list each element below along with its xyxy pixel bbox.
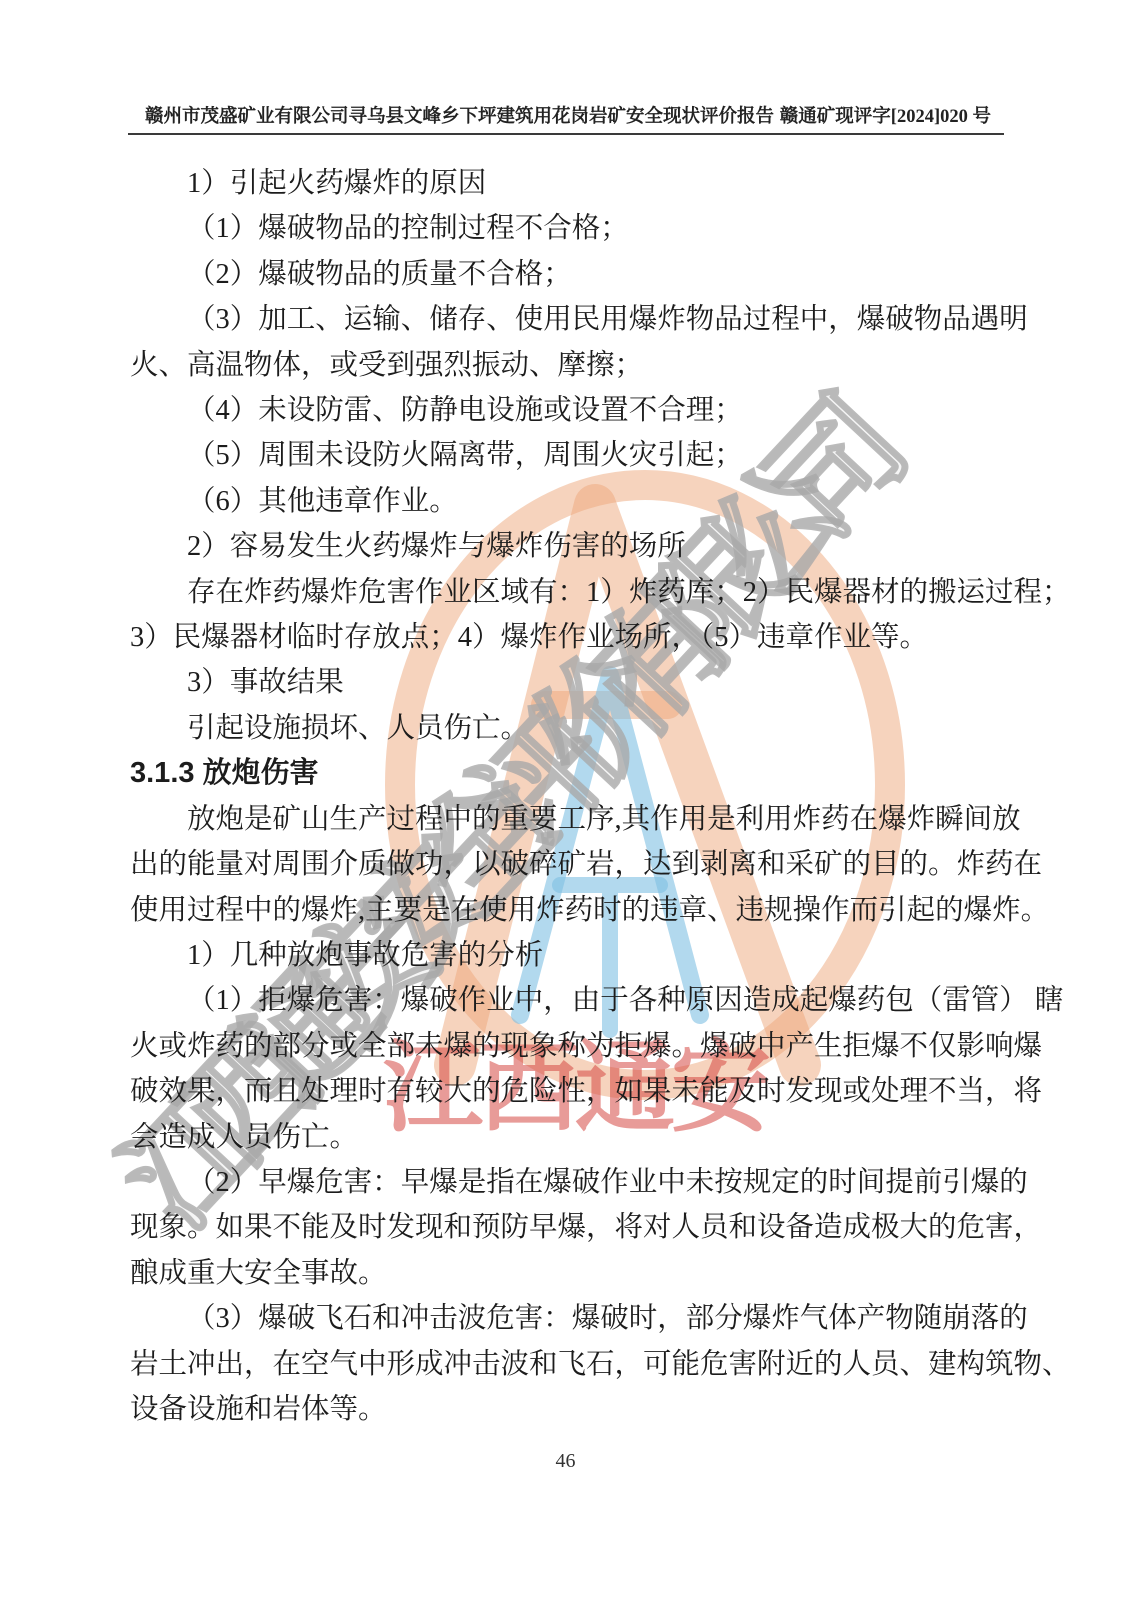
header-doc-number: 赣通矿现评字[2024]020 号	[780, 102, 1004, 128]
page-footer: 46	[0, 1450, 1131, 1473]
body-line: （3）爆破飞石和冲击波危害：爆破时，部分爆炸气体产物随崩落的	[130, 1296, 1006, 1341]
body-line: 放炮是矿山生产过程中的重要工序,其作用是利用炸药在爆炸瞬间放	[130, 797, 1006, 842]
body-line: （2）早爆危害：早爆是指在爆破作业中未按规定的时间提前引爆的	[130, 1160, 1006, 1205]
body-line: 2）容易发生火药爆炸与爆炸伤害的场所	[130, 524, 1006, 569]
body-line: （5）周围未设防火隔离带，周围火灾引起；	[130, 433, 1006, 478]
page-number: 46	[556, 1450, 576, 1472]
body-line: 现象。如果不能及时发现和预防早爆，将对人员和设备造成极大的危害，	[130, 1205, 1006, 1250]
document-page: 江西通安安全评价有限公司 江西通安 赣州市茂盛矿业有限公司寻乌县文峰乡下坪建筑用…	[0, 0, 1131, 1600]
body-line: 会造成人员伤亡。	[130, 1115, 1006, 1160]
body-line: 火、高温物体，或受到强烈振动、摩擦；	[130, 343, 1006, 388]
body-line: （1）拒爆危害：爆破作业中，由于各种原因造成起爆药包（雷管） 瞎	[130, 978, 1006, 1023]
body-line: 存在炸药爆炸危害作业区域有：1）炸药库；2）民爆器材的搬运过程；	[130, 570, 1006, 615]
document-body: 1）引起火药爆炸的原因（1）爆破物品的控制过程不合格；（2）爆破物品的质量不合格…	[130, 161, 1006, 1432]
body-line: 使用过程中的爆炸,主要是在使用炸药时的违章、违规操作而引起的爆炸。	[130, 888, 1006, 933]
body-line: （4）未设防雷、防静电设施或设置不合理；	[130, 388, 1006, 433]
body-line: 出的能量对周围介质做功，以破碎矿岩，达到剥离和采矿的目的。炸药在	[130, 842, 1006, 887]
page-header: 赣州市茂盛矿业有限公司寻乌县文峰乡下坪建筑用花岗岩矿安全现状评价报告 赣通矿现评…	[128, 100, 1004, 130]
header-rule	[128, 133, 1004, 135]
body-line: 1）引起火药爆炸的原因	[130, 161, 1006, 206]
body-line: 1）几种放炮事故危害的分析	[130, 933, 1006, 978]
body-line: 破效果，而且处理时有较大的危险性，如果未能及时发现或处理不当，将	[130, 1069, 1006, 1114]
body-line: 引起设施损坏、人员伤亡。	[130, 706, 1006, 751]
body-line: 火或炸药的部分或全部未爆的现象称为拒爆。爆破中产生拒爆不仅影响爆	[130, 1024, 1006, 1069]
section-heading: 3.1.3 放炮伤害	[130, 751, 1006, 796]
body-line: 3）民爆器材临时存放点；4）爆炸作业场所，（5）违章作业等。	[130, 615, 1006, 660]
body-line: 3）事故结果	[130, 660, 1006, 705]
body-line: （3）加工、运输、储存、使用民用爆炸物品过程中，爆破物品遇明	[130, 297, 1006, 342]
body-line: 设备设施和岩体等。	[130, 1387, 1006, 1432]
header-report-title: 赣州市茂盛矿业有限公司寻乌县文峰乡下坪建筑用花岗岩矿安全现状评价报告	[128, 102, 774, 128]
body-line: （1）爆破物品的控制过程不合格；	[130, 206, 1006, 251]
body-line: （2）爆破物品的质量不合格；	[130, 252, 1006, 297]
body-line: 酿成重大安全事故。	[130, 1251, 1006, 1296]
body-line: （6）其他违章作业。	[130, 479, 1006, 524]
body-line: 岩土冲出，在空气中形成冲击波和飞石，可能危害附近的人员、建构筑物、	[130, 1342, 1006, 1387]
